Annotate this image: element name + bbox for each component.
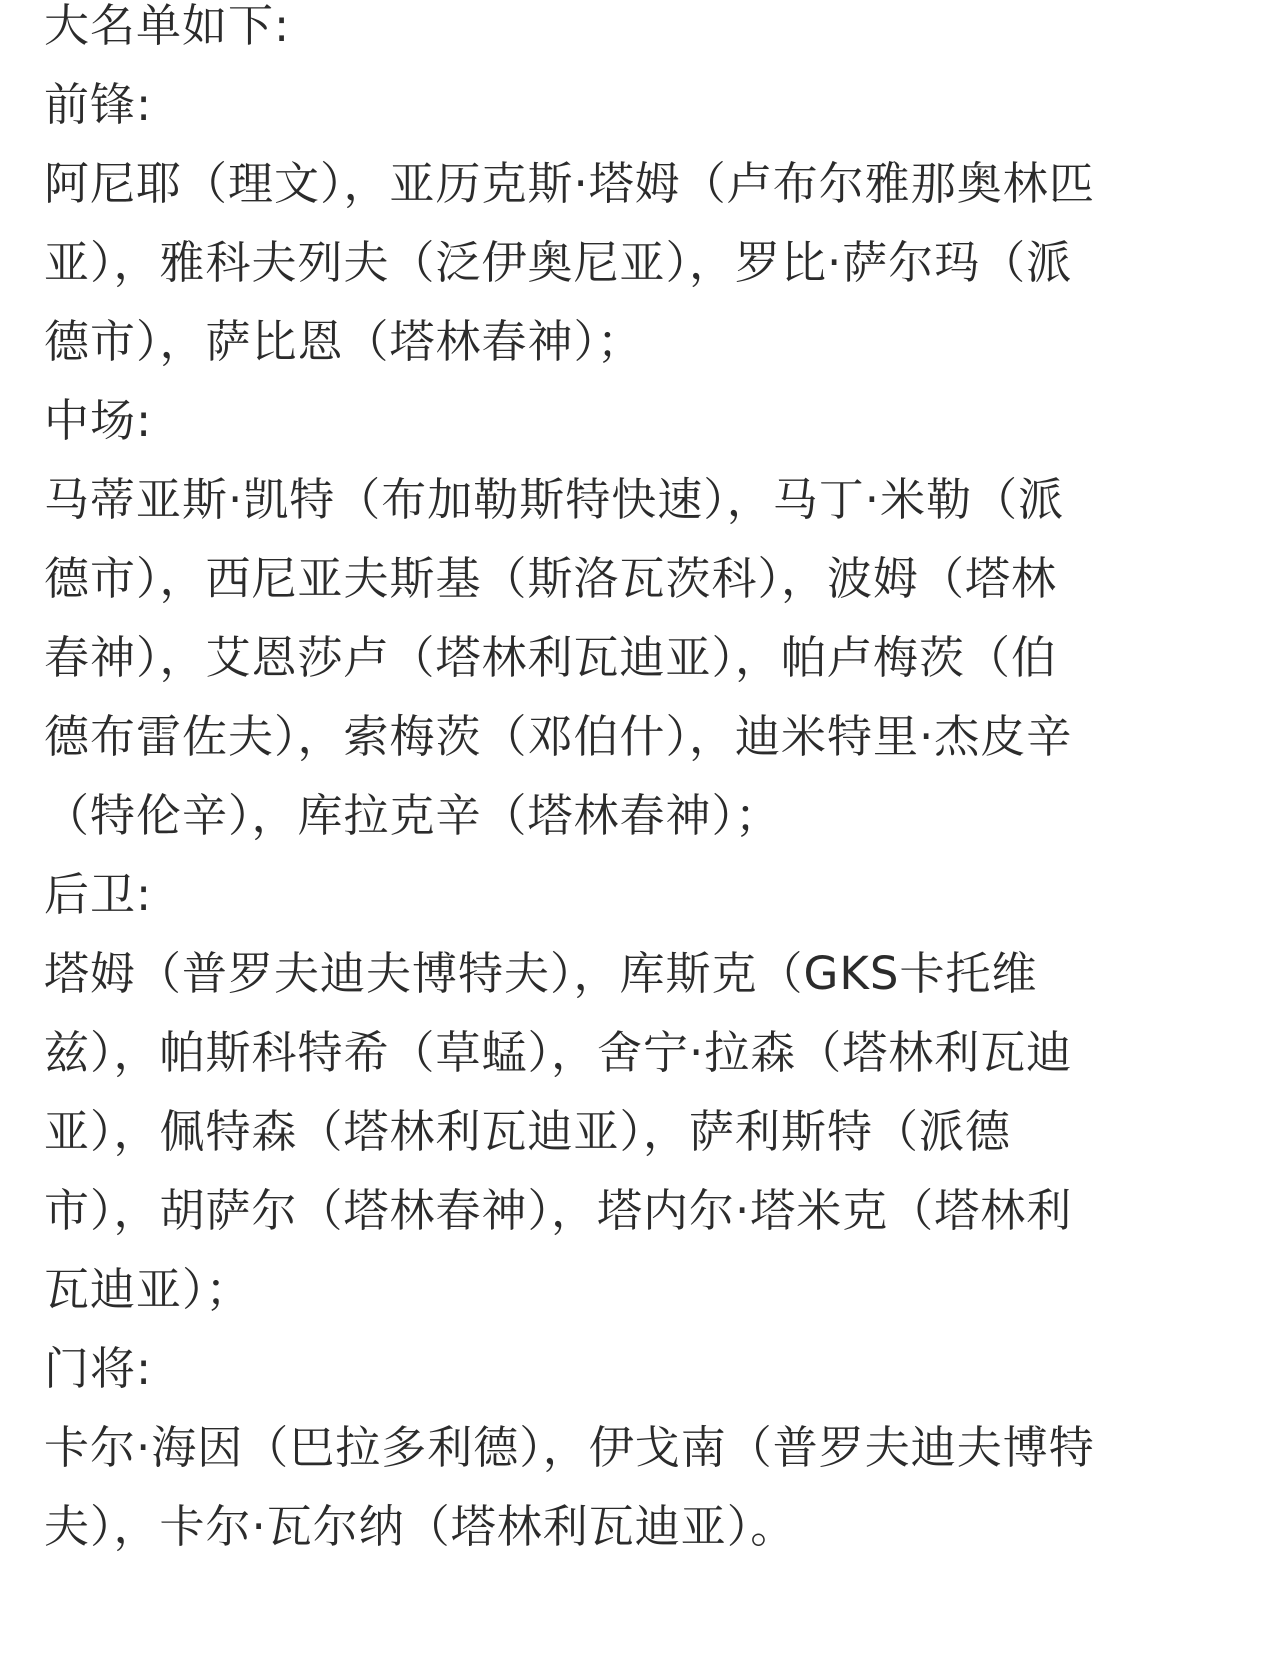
section-heading-midfielders: 中场:	[44, 381, 1244, 460]
section-heading-forwards: 前锋:	[44, 65, 1244, 144]
text-line: 春神），艾恩莎卢（塔林利瓦迪亚），帕卢梅茨（伯	[44, 618, 1244, 697]
intro-heading: 大名单如下:	[44, 0, 1244, 65]
text-line: 德市），萨比恩（塔林春神）；	[44, 302, 1244, 381]
section-heading-goalkeepers: 门将:	[44, 1329, 1244, 1408]
defenders-section: 后卫: 塔姆（普罗夫迪夫博特夫），库斯克（GKS卡托维 兹），帕斯科特希（草蜢）…	[44, 855, 1244, 1329]
text-line: 亚），雅科夫列夫（泛伊奥尼亚），罗比·萨尔玛（派	[44, 223, 1244, 302]
goalkeepers-section: 门将: 卡尔·海因（巴拉多利德），伊戈南（普罗夫迪夫博特 夫），卡尔·瓦尔纳（塔…	[44, 1329, 1244, 1566]
text-line: 夫），卡尔·瓦尔纳（塔林利瓦迪亚）。	[44, 1487, 1244, 1566]
text-line: 卡尔·海因（巴拉多利德），伊戈南（普罗夫迪夫博特	[44, 1408, 1244, 1487]
text-line: 德市），西尼亚夫斯基（斯洛瓦茨科），波姆（塔林	[44, 539, 1244, 618]
text-line: 德布雷佐夫），索梅茨（邓伯什），迪米特里·杰皮辛	[44, 697, 1244, 776]
text-line: 阿尼耶（理文），亚历克斯·塔姆（卢布尔雅那奥林匹	[44, 144, 1244, 223]
text-line: 瓦迪亚）；	[44, 1250, 1244, 1329]
text-line: 兹），帕斯科特希（草蜢），舍宁·拉森（塔林利瓦迪	[44, 1013, 1244, 1092]
forwards-section: 前锋: 阿尼耶（理文），亚历克斯·塔姆（卢布尔雅那奥林匹 亚），雅科夫列夫（泛伊…	[44, 65, 1244, 381]
squad-list-document: 大名单如下: 前锋: 阿尼耶（理文），亚历克斯·塔姆（卢布尔雅那奥林匹 亚），雅…	[44, 0, 1244, 1566]
text-line: （特伦辛），库拉克辛（塔林春神）；	[44, 776, 1244, 855]
text-line: 塔姆（普罗夫迪夫博特夫），库斯克（GKS卡托维	[44, 934, 1244, 1013]
text-line: 市），胡萨尔（塔林春神），塔内尔·塔米克（塔林利	[44, 1171, 1244, 1250]
text-line: 马蒂亚斯·凯特（布加勒斯特快速），马丁·米勒（派	[44, 460, 1244, 539]
midfielders-section: 中场: 马蒂亚斯·凯特（布加勒斯特快速），马丁·米勒（派 德市），西尼亚夫斯基（…	[44, 381, 1244, 855]
text-line: 亚），佩特森（塔林利瓦迪亚），萨利斯特（派德	[44, 1092, 1244, 1171]
section-heading-defenders: 后卫:	[44, 855, 1244, 934]
